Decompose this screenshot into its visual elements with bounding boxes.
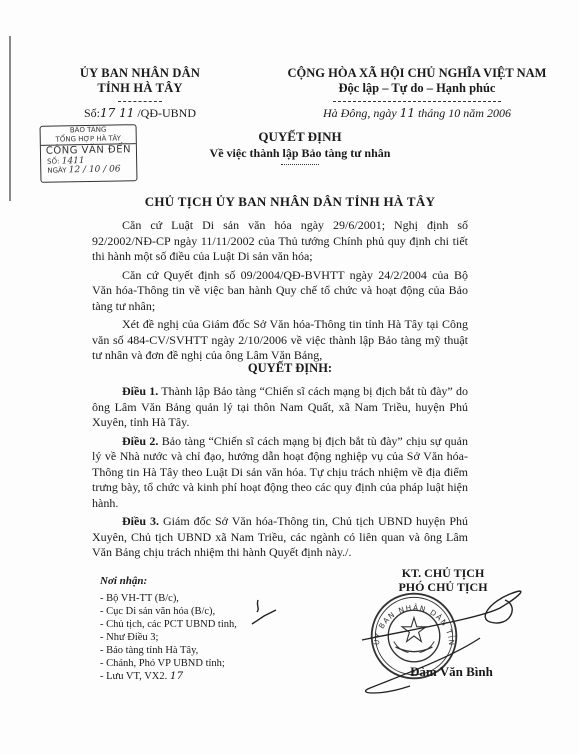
preamble-paragraph: Căn cứ Quyết định số 09/2004/QĐ-BVHTT ng… — [92, 268, 468, 315]
national-header: CỘNG HÒA XÃ HỘI CHỦ NGHĨA VIỆT NAM Độc l… — [258, 66, 576, 120]
header-divider — [118, 101, 162, 102]
article-label: Điều 2. — [122, 434, 158, 448]
preamble-paragraph: Căn cứ Luật Di sản văn hóa ngày 29/6/200… — [92, 218, 468, 265]
authority-heading: CHỦ TỊCH ỦY BAN NHÂN DÂN TỈNH HÀ TÂY — [60, 194, 520, 210]
article-3: Điều 3. Giám đốc Sở Văn hóa-Thông tin, C… — [92, 514, 468, 561]
handwritten-mark: 17 — [170, 670, 183, 682]
stamp-date-row: NGÀY 12 / 10 / 06 — [41, 165, 136, 176]
handwritten-check-icon — [250, 598, 280, 628]
stamp-line3: CÔNG VĂN ĐẾN — [41, 143, 136, 158]
title-divider — [281, 164, 319, 165]
nation-title: CỘNG HÒA XÃ HỘI CHỦ NGHĨA VIỆT NAM — [258, 66, 576, 81]
article-label: Điều 3. — [122, 514, 159, 528]
preamble: Căn cứ Luật Di sản văn hóa ngày 29/6/200… — [92, 218, 468, 367]
signature-scribble-icon — [360, 588, 560, 698]
issuing-authority-header: ỦY BAN NHÂN DÂN TỈNH HÀ TÂY Số:17 11 /QĐ… — [60, 66, 220, 120]
number-handwritten: 17 11 — [100, 106, 134, 120]
date-prefix: Hà Đông, ngày — [323, 106, 397, 120]
recipient-item-text: - Lưu VT, VX2. — [100, 671, 167, 682]
recipient-item: - Như Điều 3; — [100, 631, 300, 644]
received-stamp: BẢO TÀNG TỔNG HỢP HÀ TÂY CÔNG VĂN ĐẾN SỐ… — [40, 124, 138, 183]
number-prefix: Số: — [84, 106, 100, 120]
preamble-paragraph: Xét đề nghị của Giám đốc Sở Văn hóa-Thôn… — [92, 317, 468, 364]
document-number: Số:17 11 /QĐ-UBND — [60, 106, 220, 120]
org-name-line1: ỦY BAN NHÂN DÂN — [60, 66, 220, 81]
number-suffix: /QĐ-UBND — [137, 106, 196, 120]
document-title-block: QUYẾT ĐỊNH Về việc thành lập Bảo tàng tư… — [140, 128, 460, 168]
article-1: Điều 1. Thành lập Bảo tàng “Chiến sĩ các… — [92, 384, 468, 431]
article-label: Điều 1. — [122, 384, 158, 398]
stamp-ngay-value: 12 / 10 / 06 — [69, 164, 121, 175]
recipients-list: Nơi nhận: - Bộ VH-TT (B/c), - Cục Di sản… — [100, 575, 300, 683]
decision-heading: QUYẾT ĐỊNH: — [200, 361, 380, 376]
stamp-ngay-label: NGÀY — [47, 166, 66, 174]
recipient-item: - Bảo tàng tỉnh Hà Tây, — [100, 644, 300, 657]
stamp-so-label: SỐ: — [47, 158, 59, 166]
document-subtitle: Về việc thành lập Bảo tàng tư nhân — [140, 145, 460, 161]
org-name-line2: TỈNH HÀ TÂY — [60, 81, 220, 96]
document-date: Hà Đông, ngày 11 tháng 10 năm 2006 — [258, 106, 576, 120]
recipient-item: - Lưu VT, VX2. 17 — [100, 670, 300, 683]
articles: Điều 1. Thành lập Bảo tàng “Chiến sĩ các… — [92, 384, 468, 564]
recipient-item: - Chánh, Phó VP UBND tỉnh; — [100, 657, 300, 670]
article-2: Điều 2. Bảo tàng “Chiến sĩ cách mạng bị … — [92, 434, 468, 512]
document-page: ỦY BAN NHÂN DÂN TỈNH HÀ TÂY Số:17 11 /QĐ… — [0, 0, 579, 754]
signature-title-line1: KT. CHỦ TỊCH — [368, 566, 518, 580]
recipients-label: Nơi nhận: — [100, 575, 300, 588]
document-title: QUYẾT ĐỊNH — [140, 128, 460, 145]
date-suffix: tháng 10 năm 2006 — [418, 106, 511, 120]
signer-name: Đàm Văn Bình — [410, 664, 493, 680]
scan-edge-line — [9, 36, 11, 201]
nation-motto: Độc lập – Tự do – Hạnh phúc — [258, 81, 576, 96]
header-divider — [333, 101, 501, 102]
date-day-handwritten: 11 — [400, 106, 415, 120]
